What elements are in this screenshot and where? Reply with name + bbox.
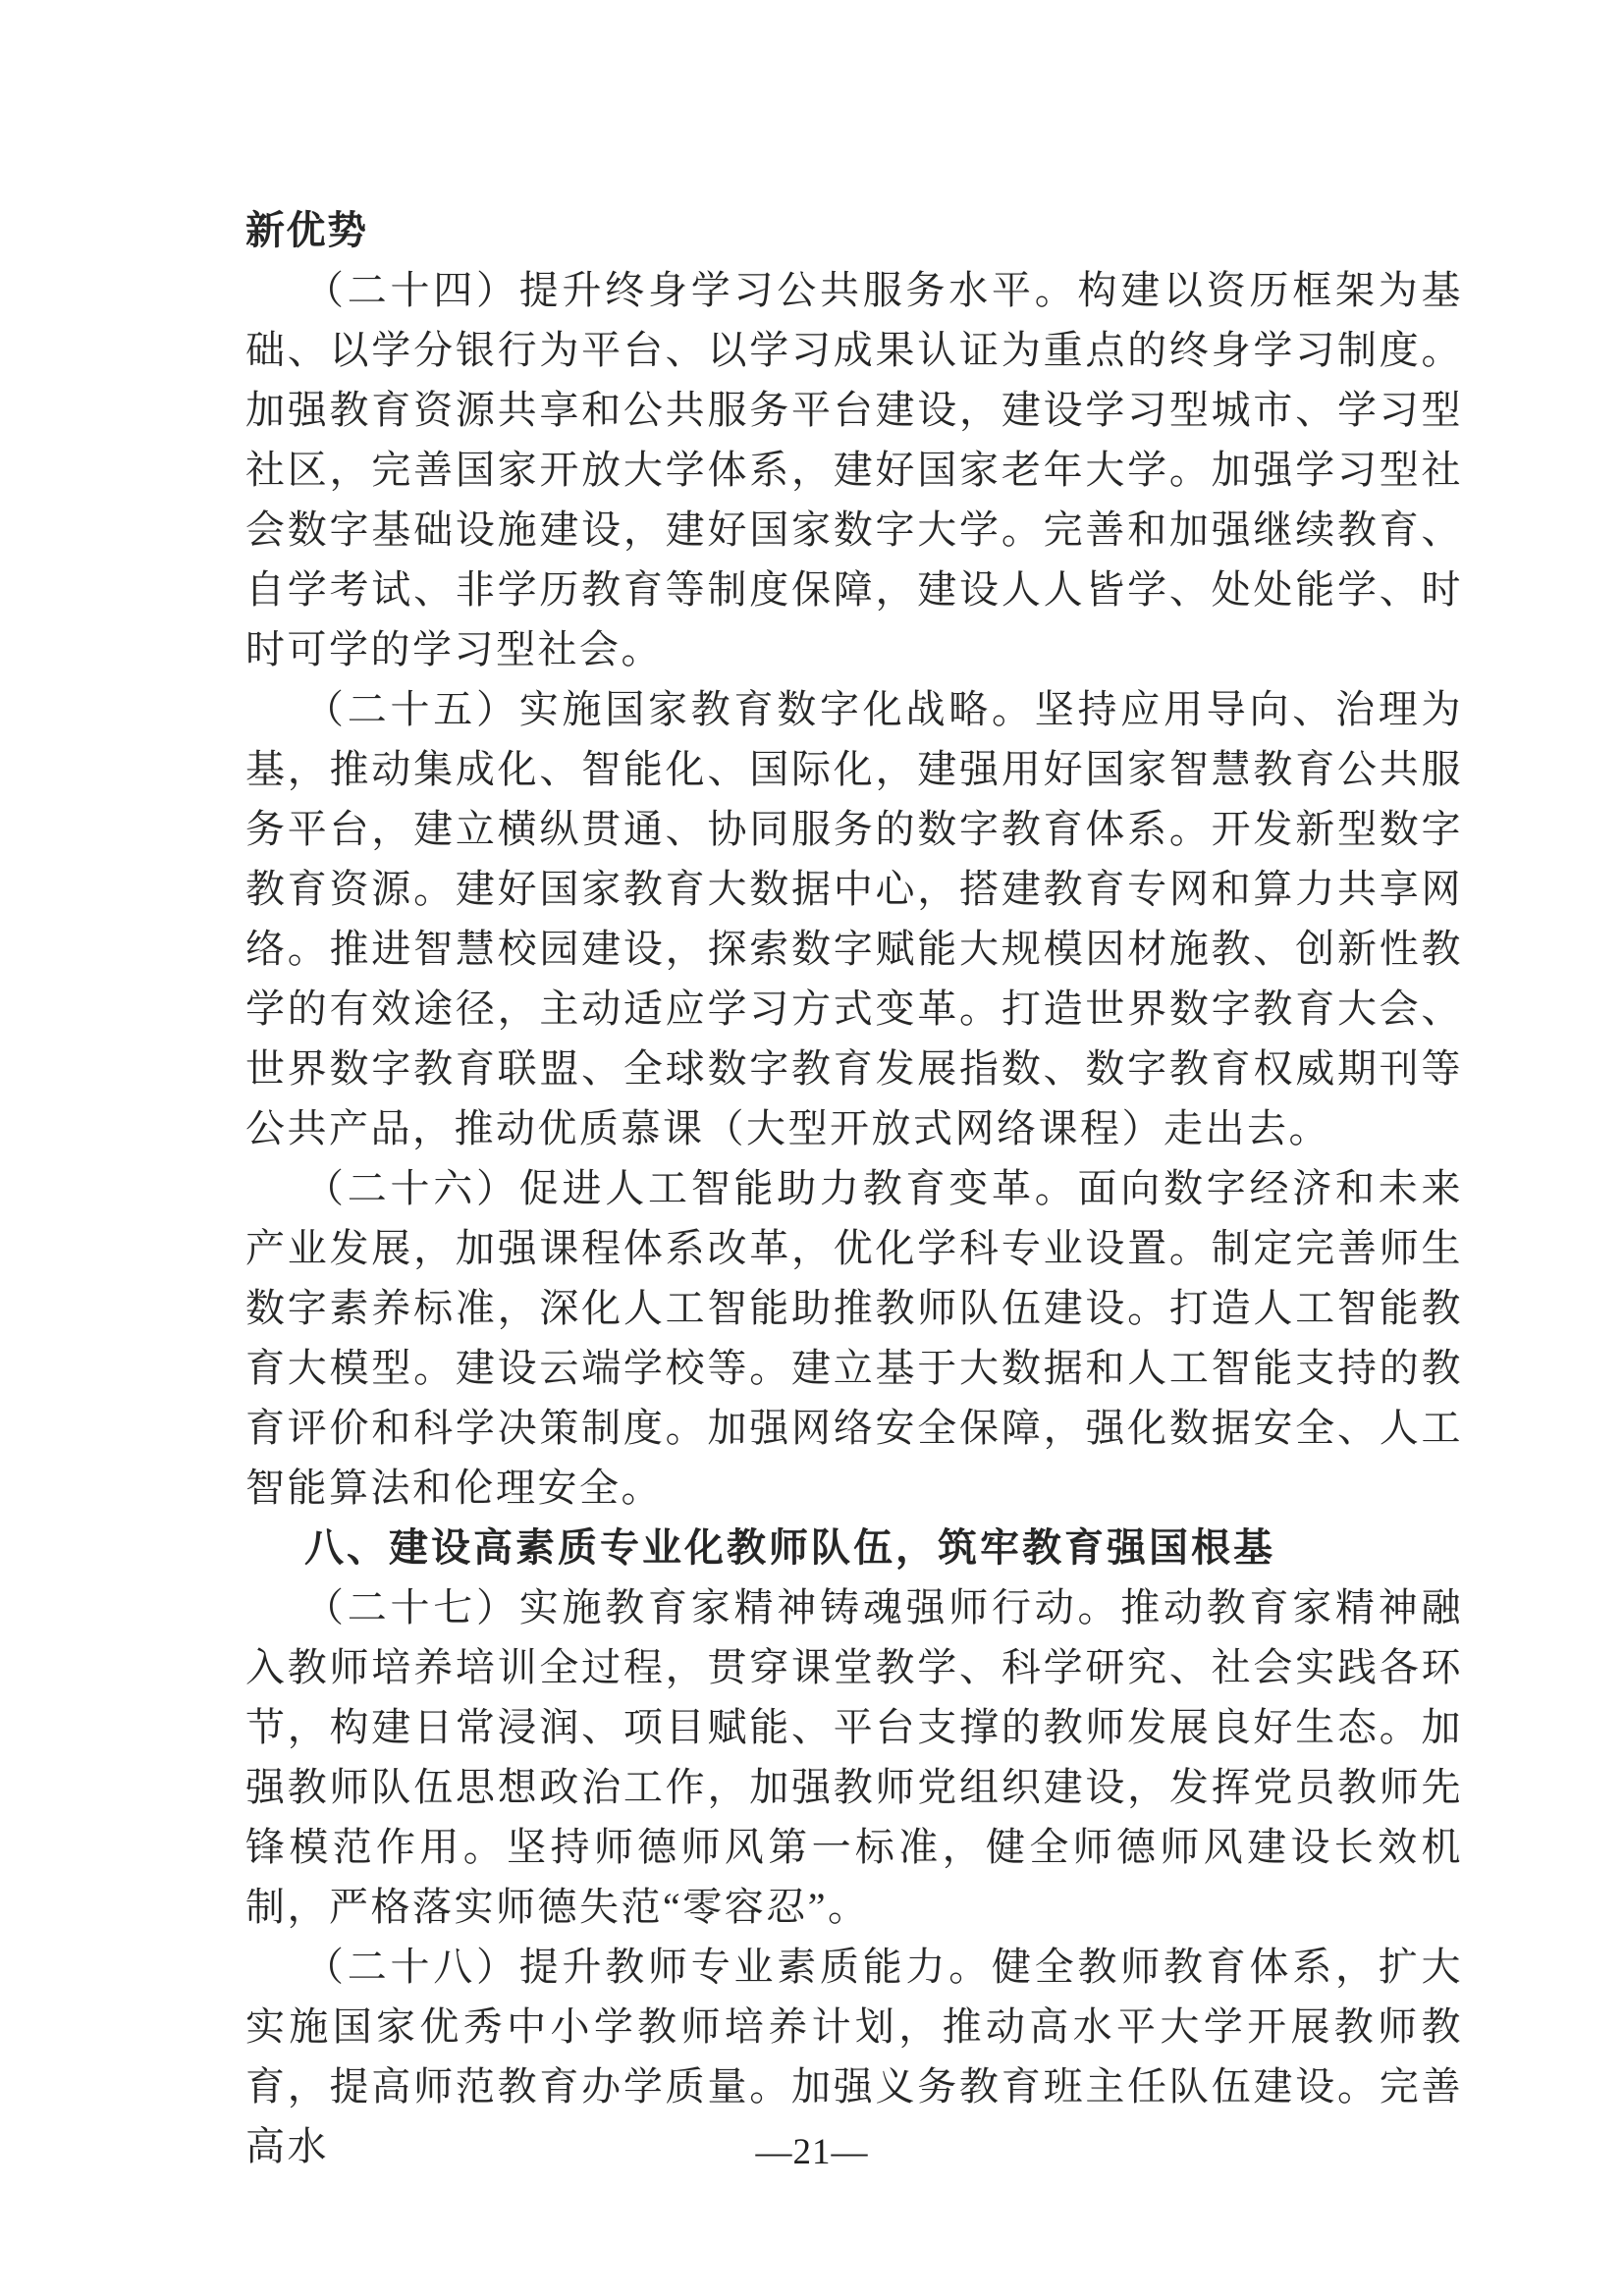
section-heading-continuation: 新优势 <box>245 200 1463 260</box>
page-number: —21— <box>0 2128 1624 2177</box>
paragraph-27: （二十七）实施教育家精神铸魂强师行动。推动教育家精神融入教师培养培训全过程，贯穿… <box>245 1577 1463 1937</box>
document-body: 新优势 （二十四）提升终身学习公共服务水平。构建以资历框架为基础、以学分银行为平… <box>245 200 1463 2176</box>
paragraph-25: （二十五）实施国家教育数字化战略。坚持应用导向、治理为基，推动集成化、智能化、国… <box>245 679 1463 1158</box>
document-page: 新优势 （二十四）提升终身学习公共服务水平。构建以资历框架为基础、以学分银行为平… <box>0 0 1624 2296</box>
paragraph-26: （二十六）促进人工智能助力教育变革。面向数字经济和未来产业发展，加强课程体系改革… <box>245 1158 1463 1518</box>
section-8-heading: 八、建设高素质专业化教师队伍，筑牢教育强国根基 <box>245 1518 1463 1577</box>
paragraph-24: （二十四）提升终身学习公共服务水平。构建以资历框架为基础、以学分银行为平台、以学… <box>245 260 1463 679</box>
